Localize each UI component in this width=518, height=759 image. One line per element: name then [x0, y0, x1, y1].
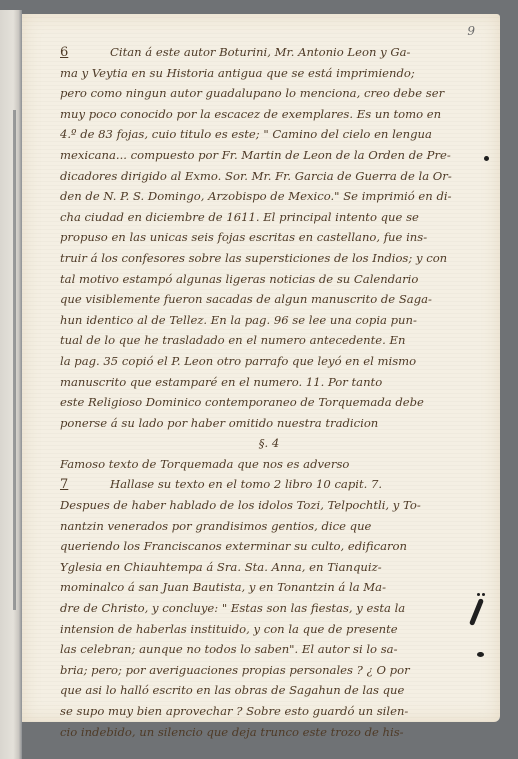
- line-text: nantzin venerados por grandisimos gentio…: [60, 519, 371, 533]
- line-text: truir á los confesores sobre las superst…: [60, 251, 447, 265]
- line-text: manuscrito que estamparé en el numero. 1…: [60, 375, 382, 389]
- section-heading: §. 4: [60, 433, 478, 454]
- manuscript-line: pero como ningun autor guadalupano lo me…: [60, 83, 478, 104]
- manuscript-text: 6Citan á este autor Boturini, Mr. Antoni…: [60, 42, 478, 742]
- line-text: ma y Veytia en su Historia antigua que s…: [60, 66, 415, 80]
- line-text: pero como ningun autor guadalupano lo me…: [60, 86, 444, 100]
- line-text: Famoso texto de Torquemada que nos es ad…: [60, 457, 349, 471]
- binding-shadow: [13, 110, 16, 610]
- manuscript-line: que visiblemente fueron sacadas de algun…: [60, 289, 478, 310]
- paragraph-number: 7: [60, 475, 110, 495]
- line-text: tual de lo que he trasladado en el numer…: [60, 333, 405, 347]
- manuscript-line: nantzin venerados por grandisimos gentio…: [60, 516, 478, 537]
- manuscript-line: ponerse á su lado por haber omitido nues…: [60, 413, 478, 434]
- line-text: que asi lo halló escrito en las obras de…: [60, 683, 404, 697]
- manuscript-line: que asi lo halló escrito en las obras de…: [60, 680, 478, 701]
- manuscript-line: muy poco conocido por la escacez de exem…: [60, 104, 478, 125]
- manuscript-line: truir á los confesores sobre las superst…: [60, 248, 478, 269]
- manuscript-line: queriendo los Franciscanos exterminar su…: [60, 536, 478, 557]
- manuscript-line: 7Hallase su texto en el tomo 2 libro 10 …: [60, 474, 478, 495]
- facing-page-edge: [0, 10, 22, 759]
- line-text: cio indebido, un silencio que deja trunc…: [60, 725, 404, 739]
- line-text: dre de Christo, y concluye: " Estas son …: [60, 601, 405, 615]
- line-text: muy poco conocido por la escacez de exem…: [60, 107, 441, 121]
- line-text: mexicana... compuesto por Fr. Martin de …: [60, 148, 451, 162]
- manuscript-line: dre de Christo, y concluye: " Estas son …: [60, 598, 478, 619]
- page-number: 9: [467, 24, 475, 38]
- manuscript-line: Yglesia en Chiauhtempa á Sra. Sta. Anna,…: [60, 557, 478, 578]
- line-text: dicadores dirigido al Exmo. Sor. Mr. Fr.…: [60, 169, 452, 183]
- line-text: Yglesia en Chiauhtempa á Sra. Sta. Anna,…: [60, 560, 382, 574]
- manuscript-line: bria; pero; por averiguaciones propias p…: [60, 660, 478, 681]
- manuscript-line: 4.º de 83 fojas, cuio titulo es este; " …: [60, 124, 478, 145]
- line-text: queriendo los Franciscanos exterminar su…: [60, 539, 407, 553]
- manuscript-line: "las celebran; aunque no todos lo saben"…: [60, 639, 478, 660]
- line-text: que visiblemente fueron sacadas de algun…: [60, 292, 432, 306]
- line-text: bria; pero; por averiguaciones propias p…: [60, 663, 410, 677]
- manuscript-line: cio indebido, un silencio que deja trunc…: [60, 722, 478, 743]
- line-text: propuso en las unicas seis fojas escrita…: [60, 230, 427, 244]
- line-text: intension de haberlas instituido, y con …: [60, 622, 398, 636]
- line-text: 4.º de 83 fojas, cuio titulo es este; " …: [60, 127, 432, 141]
- manuscript-line: "den de N. P. S. Domingo, Arzobispo de M…: [60, 186, 478, 207]
- manuscript-line: Famoso texto de Torquemada que nos es ad…: [60, 454, 478, 475]
- line-text: cha ciudad en diciembre de 1611. El prin…: [60, 210, 419, 224]
- manuscript-line: se supo muy bien aprovechar ? Sobre esto…: [60, 701, 478, 722]
- line-text: ponerse á su lado por haber omitido nues…: [60, 416, 378, 430]
- manuscript-line: mominalco á san Juan Bautista, y en Tona…: [60, 577, 478, 598]
- manuscript-line: "intension de haberlas instituido, y con…: [60, 619, 478, 640]
- line-text: tal motivo estampó algunas ligeras notic…: [60, 272, 418, 286]
- line-text: hun identico al de Tellez. En la pag. 96…: [60, 313, 417, 327]
- line-text: Despues de haber hablado de los idolos T…: [60, 498, 421, 512]
- manuscript-line: "mexicana... compuesto por Fr. Martin de…: [60, 145, 478, 166]
- ink-blot: [477, 652, 484, 657]
- line-text: mominalco á san Juan Bautista, y en Tona…: [60, 580, 386, 594]
- line-text: den de N. P. S. Domingo, Arzobispo de Me…: [60, 189, 452, 203]
- manuscript-line: tual de lo que he trasladado en el numer…: [60, 330, 478, 351]
- manuscript-line: ma y Veytia en su Historia antigua que s…: [60, 63, 478, 84]
- line-text: se supo muy bien aprovechar ? Sobre esto…: [60, 704, 408, 718]
- ink-blot: [484, 156, 489, 161]
- ink-blot: [482, 593, 485, 596]
- manuscript-line: Despues de haber hablado de los idolos T…: [60, 495, 478, 516]
- manuscript-page: 9 6Citan á este autor Boturini, Mr. Anto…: [22, 14, 500, 722]
- line-text: Hallase su texto en el tomo 2 libro 10 c…: [110, 477, 382, 491]
- line-text: este Religioso Dominico contemporaneo de…: [60, 395, 424, 409]
- manuscript-line: este Religioso Dominico contemporaneo de…: [60, 392, 478, 413]
- manuscript-line: hun identico al de Tellez. En la pag. 96…: [60, 310, 478, 331]
- line-text: Citan á este autor Boturini, Mr. Antonio…: [110, 45, 410, 59]
- line-text: la pag. 35 copió el P. Leon otro parrafo…: [60, 354, 416, 368]
- paragraph-number: 6: [60, 43, 110, 63]
- manuscript-line: tal motivo estampó algunas ligeras notic…: [60, 269, 478, 290]
- manuscript-line: "dicadores dirigido al Exmo. Sor. Mr. Fr…: [60, 166, 478, 187]
- manuscript-line: manuscrito que estamparé en el numero. 1…: [60, 372, 478, 393]
- line-text: las celebran; aunque no todos lo saben".…: [60, 642, 398, 656]
- manuscript-line: propuso en las unicas seis fojas escrita…: [60, 227, 478, 248]
- manuscript-line: 6Citan á este autor Boturini, Mr. Antoni…: [60, 42, 478, 63]
- ink-blot: [477, 593, 480, 596]
- manuscript-line: la pag. 35 copió el P. Leon otro parrafo…: [60, 351, 478, 372]
- manuscript-line: cha ciudad en diciembre de 1611. El prin…: [60, 207, 478, 228]
